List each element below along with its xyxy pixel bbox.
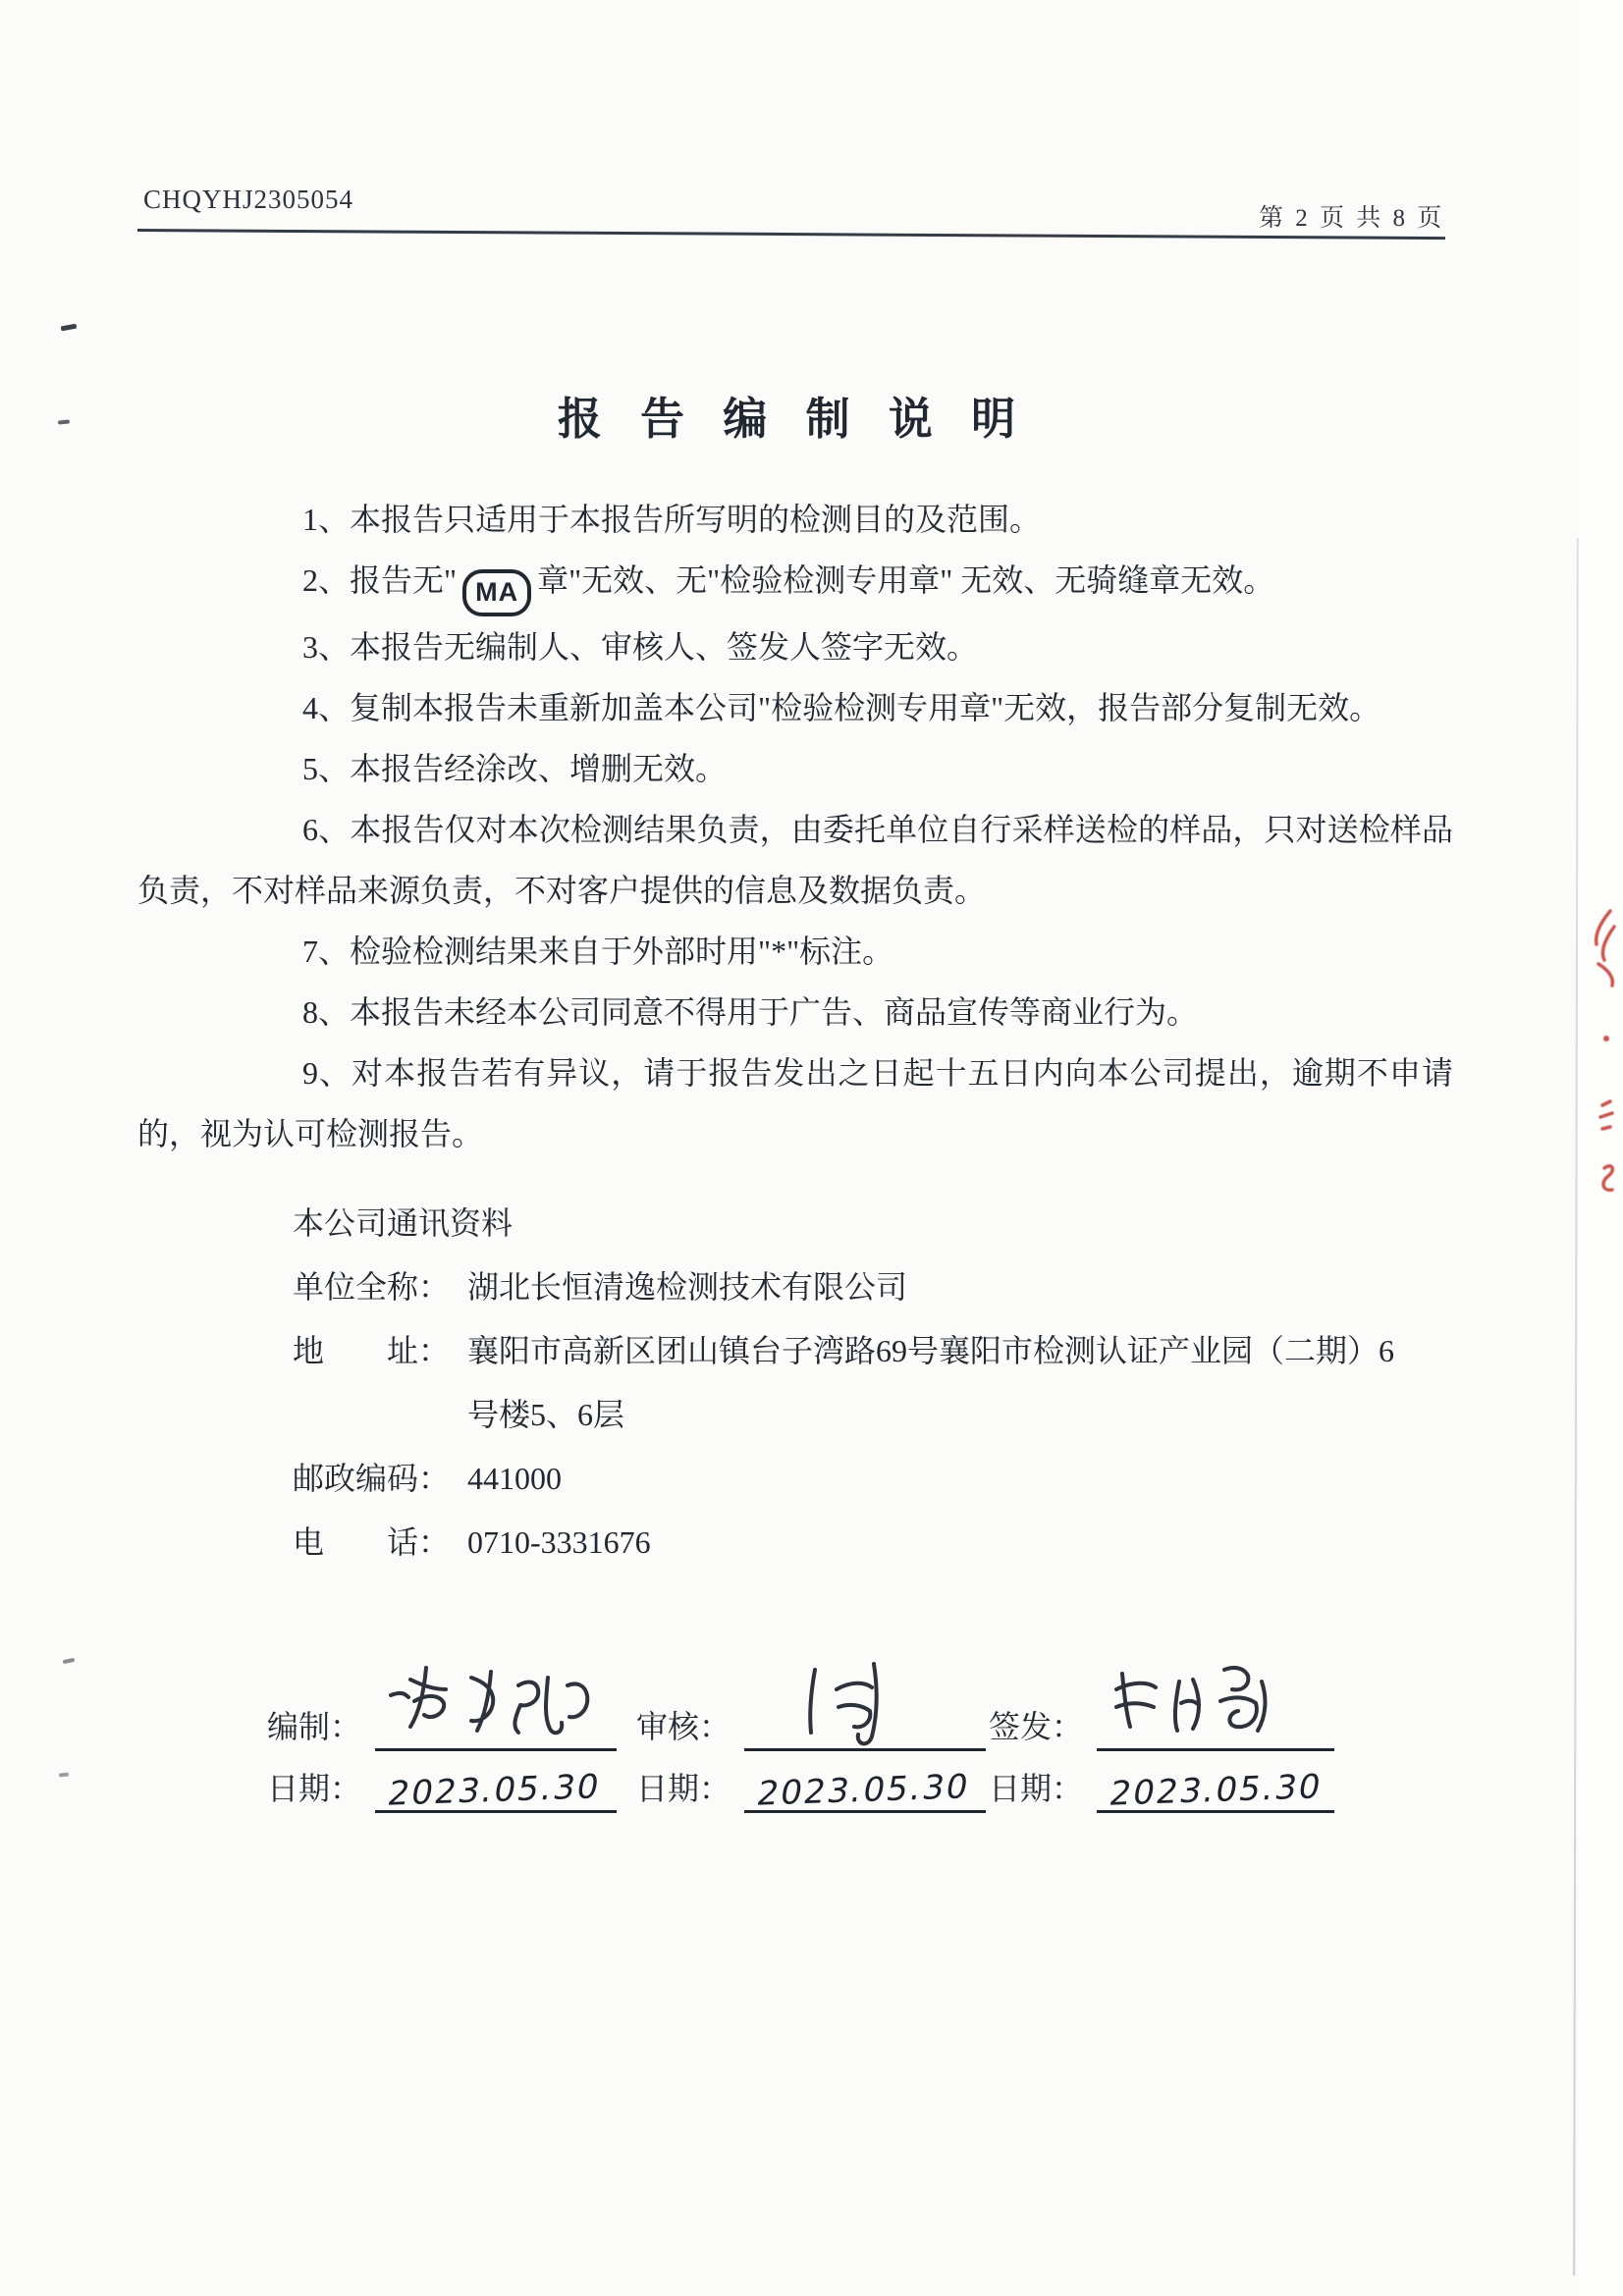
reviewed-date-row: 日期： 2023.05.30 <box>636 1754 986 1813</box>
reviewed-signature-row: 审核： <box>636 1692 986 1751</box>
binding-mark <box>58 419 70 424</box>
issued-date-value: 2023.05.30 <box>1107 1767 1325 1813</box>
postcode-label: 邮政编码： <box>293 1447 454 1511</box>
note-item-2-post: 章"无效、无"检验检测专用章" 无效、无骑缝章无效。 <box>537 562 1274 598</box>
report-number: CHQYHJ2305054 <box>143 185 353 215</box>
prepared-date-line: 2023.05.30 <box>375 1753 617 1813</box>
company-name-label: 单位全称： <box>293 1255 454 1319</box>
issued-date-line: 2023.05.30 <box>1097 1753 1334 1813</box>
phone-label: 电 话： <box>293 1511 454 1575</box>
reviewed-label: 审核： <box>636 1702 730 1751</box>
contact-address-row: 地 址： 襄阳市高新区团山镇台子湾路69号襄阳市检测认证产业园（二期）6号楼5、… <box>137 1319 1492 1447</box>
note-item-4: 4、复制本报告未重新加盖本公司"检验检测专用章"无效，报告部分复制无效。 <box>137 677 1453 738</box>
contact-heading: 本公司通讯资料 <box>137 1192 1492 1255</box>
contact-postcode-row: 邮政编码： 441000 <box>137 1447 1492 1511</box>
document-page: CHQYHJ2305054 第 2 页 共 8 页 报 告 编 制 说 明 1、… <box>0 0 1623 2296</box>
note-item-3: 3、本报告无编制人、审核人、签发人签字无效。 <box>137 616 1453 677</box>
prepared-label: 编制： <box>267 1702 361 1751</box>
issued-signature-line <box>1097 1691 1334 1751</box>
postcode-value: 441000 <box>467 1447 562 1511</box>
note-item-7: 7、检验检测结果来自于外部时用"*"标注。 <box>137 921 1453 982</box>
issued-label: 签发： <box>989 1702 1083 1751</box>
note-item-2: 2、报告无"MA章"无效、无"检验检测专用章" 无效、无骑缝章无效。 <box>137 550 1453 616</box>
issued-signature-handwriting <box>1103 1656 1328 1754</box>
note-item-8: 8、本报告未经本公司同意不得用于广告、商品宣传等商业行为。 <box>137 982 1453 1042</box>
notes-list: 1、本报告只适用于本报告所写明的检测目的及范围。 2、报告无"MA章"无效、无"… <box>137 489 1453 1164</box>
prepared-signature-handwriting <box>381 1656 607 1754</box>
address-value: 襄阳市高新区团山镇台子湾路69号襄阳市检测认证产业园（二期）6号楼5、6层 <box>467 1319 1394 1447</box>
contact-company-row: 单位全称： 湖北长恒清逸检测技术有限公司 <box>137 1255 1492 1319</box>
signoff-issued-column: 签发： 日期： 2023.05.30 <box>989 1692 1334 1816</box>
signoff-reviewed-column: 审核： 日期： 2023.05.30 <box>636 1692 986 1816</box>
issued-date-label: 日期： <box>989 1764 1083 1813</box>
reviewed-date-line: 2023.05.30 <box>744 1753 986 1813</box>
binding-mark <box>59 1772 69 1777</box>
prepared-date-value: 2023.05.30 <box>385 1767 604 1813</box>
prepared-signature-row: 编制： <box>267 1692 617 1751</box>
note-item-9: 9、对本报告若有异议，请于报告发出之日起十五日内向本公司提出，逾期不申请的，视为… <box>137 1042 1453 1164</box>
reviewed-signature-line <box>744 1691 986 1751</box>
reviewed-date-value: 2023.05.30 <box>754 1767 973 1813</box>
signoff-prepared-column: 编制： 日期： 2023.05.30 <box>267 1692 617 1816</box>
phone-value: 0710-3331676 <box>467 1511 651 1575</box>
note-item-5: 5、本报告经涂改、增删无效。 <box>137 738 1453 799</box>
red-stamp-bleedthrough <box>1581 901 1623 1215</box>
address-line-1: 襄阳市高新区团山镇台子湾路69号襄阳市检测认证产业园（二期）6 <box>467 1333 1394 1368</box>
company-name-value: 湖北长恒清逸检测技术有限公司 <box>467 1255 907 1319</box>
note-item-6: 6、本报告仅对本次检测结果负责，由委托单位自行采样送检的样品，只对送检样品负责，… <box>137 799 1453 921</box>
address-label: 地 址： <box>293 1319 454 1447</box>
note-item-1: 1、本报告只适用于本报告所写明的检测目的及范围。 <box>137 489 1453 550</box>
binding-mark <box>61 324 78 332</box>
contact-info: 本公司通讯资料 单位全称： 湖北长恒清逸检测技术有限公司 地 址： 襄阳市高新区… <box>137 1192 1492 1575</box>
page-indicator: 第 2 页 共 8 页 <box>1259 198 1444 234</box>
issued-date-row: 日期： 2023.05.30 <box>989 1754 1334 1813</box>
header-divider <box>137 229 1445 240</box>
contact-phone-row: 电 话： 0710-3331676 <box>137 1511 1492 1575</box>
prepared-date-row: 日期： 2023.05.30 <box>267 1754 617 1813</box>
address-line-2: 号楼5、6层 <box>467 1397 624 1432</box>
issued-signature-row: 签发： <box>989 1692 1334 1751</box>
prepared-date-label: 日期： <box>267 1764 361 1813</box>
page-title: 报 告 编 制 说 明 <box>137 383 1449 447</box>
reviewed-date-label: 日期： <box>636 1764 730 1813</box>
reviewed-signature-handwriting <box>750 1656 976 1754</box>
cma-stamp-icon: MA <box>462 569 531 616</box>
prepared-signature-line <box>375 1691 617 1751</box>
binding-mark <box>63 1658 76 1664</box>
note-item-2-pre: 2、报告无" <box>302 562 457 598</box>
